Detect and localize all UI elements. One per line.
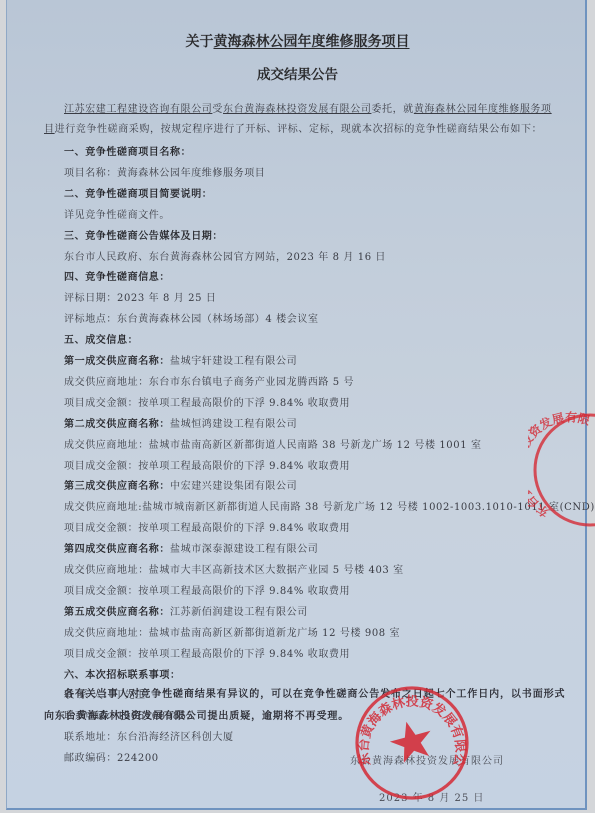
intro-project-name: 目 — [44, 124, 55, 135]
section-heading: 一、竞争性磋商项目名称： — [64, 143, 191, 158]
supplier-address: 成交供应商地址：盐城市大丰区高新技术区大数据产业园 5 号楼 403 室 — [64, 561, 404, 576]
supplier-amount: 项目成交金额：按单项工程最高限价的下浮 9.84% 收取费用 — [64, 394, 350, 409]
supplier-address: 成交供应商地址：东台市东台镇电子商务产业园龙腾西路 5 号 — [64, 373, 354, 388]
section-heading: 五、成交信息： — [64, 331, 138, 346]
intro-text: 进行竞争性磋商采购，按规定程序进行了开标、评标、定标，现就本次招标的竞争性磋商结… — [55, 124, 543, 135]
section-text: 详见竞争性磋商文件。 — [64, 206, 170, 221]
supplier-amount: 项目成交金额：按单项工程最高限价的下浮 9.84% 收取费用 — [64, 582, 350, 597]
supplier-name: 第一成交供应商名称：盐城宇轩建设工程有限公司 — [64, 352, 297, 367]
supplier-address: 成交供应商地址：盐城市盐南高新区新都街道人民南路 38 号新龙广场 12 号楼 … — [64, 436, 482, 451]
supplier-amount: 项目成交金额：按单项工程最高限价的下浮 9.84% 收取费用 — [64, 519, 350, 534]
section-text: 评标地点：东台黄海森林公园（林场场部）4 楼会议室 — [64, 310, 319, 325]
supplier-amount: 项目成交金额：按单项工程最高限价的下浮 9.84% 收取费用 — [64, 645, 350, 660]
intro-text: 受 — [212, 104, 223, 115]
title-prefix: 关于 — [186, 34, 214, 50]
contact-postcode: 邮政编码：224200 — [64, 749, 159, 764]
supplier-amount: 项目成交金额：按单项工程最高限价的下浮 9.84% 收取费用 — [64, 457, 350, 472]
document-subtitle: 成交结果公告 — [0, 63, 595, 83]
agency-name: 江苏宏建工程建设咨询有限公司 — [64, 104, 212, 115]
supplier-address: 成交供应商地址：盐城市盐南高新区新都街道新龙广场 12 号楼 908 室 — [64, 624, 400, 639]
document-title: 关于黄海森林公园年度维修服务项目 — [0, 31, 595, 51]
supplier-name: 第五成交供应商名称：江苏新佰润建设工程有限公司 — [64, 603, 308, 618]
supplier-address: 成交供应商地址:盐城市城南新区新都街道人民南路 38 号新龙广场 12 号楼 1… — [64, 498, 595, 513]
intro-line-2: 目进行竞争性磋商采购，按规定程序进行了开标、评标、定标，现就本次招标的竞争性磋商… — [44, 120, 542, 135]
contact-address: 联系地址：东台沿海经济区科创大厦 — [64, 728, 234, 743]
section-text: 评标日期：2023 年 8 月 25 日 — [64, 289, 216, 304]
supplier-name: 第二成交供应商名称：盐城恒鸿建设工程有限公司 — [64, 415, 297, 430]
intro-line-1: 江苏宏建工程建设咨询有限公司受东台黄海森林投资发展有限公司委托，就黄海森林公园年… — [64, 100, 552, 115]
section-heading: 三、竞争性磋商公告媒体及日期： — [64, 227, 223, 242]
signature-date: 2023 年 8 月 25 日 — [379, 789, 484, 804]
closing-line-2: 向东台黄海森林投资发展有限公司提出质疑，逾期将不再受理。 — [44, 707, 349, 722]
supplier-name: 第三成交供应商名称：中宏建兴建设集团有限公司 — [64, 477, 297, 492]
section-text: 项目名称：黄海森林公园年度维修服务项目 — [64, 164, 265, 179]
intro-text: 委托，就 — [371, 104, 413, 115]
section-heading: 二、竞争性磋商项目简要说明： — [64, 185, 212, 200]
intro-project-name: 黄海森林公园年度维修服务项 — [414, 104, 552, 115]
section-text: 东台市人民政府、东台黄海森林公园官方网站，2023 年 8 月 16 日 — [64, 248, 386, 263]
section-heading: 四、竞争性磋商信息： — [64, 268, 170, 283]
closing-line-1: 各有关当事人对竞争性磋商结果有异议的，可以在竞争性磋商公告发布之日起七个工作日内… — [64, 685, 565, 700]
supplier-name: 第四成交供应商名称：盐城市深泰源建设工程有限公司 — [64, 540, 318, 555]
signature-company: 东台黄海森林投资发展有限公司 — [350, 752, 504, 767]
title-project-name: 黄海森林公园年度维修服务项目 — [214, 34, 410, 50]
client-name: 东台黄海森林投资发展有限公司 — [223, 104, 371, 115]
contact-heading: 六、本次招标联系事项： — [64, 666, 181, 681]
